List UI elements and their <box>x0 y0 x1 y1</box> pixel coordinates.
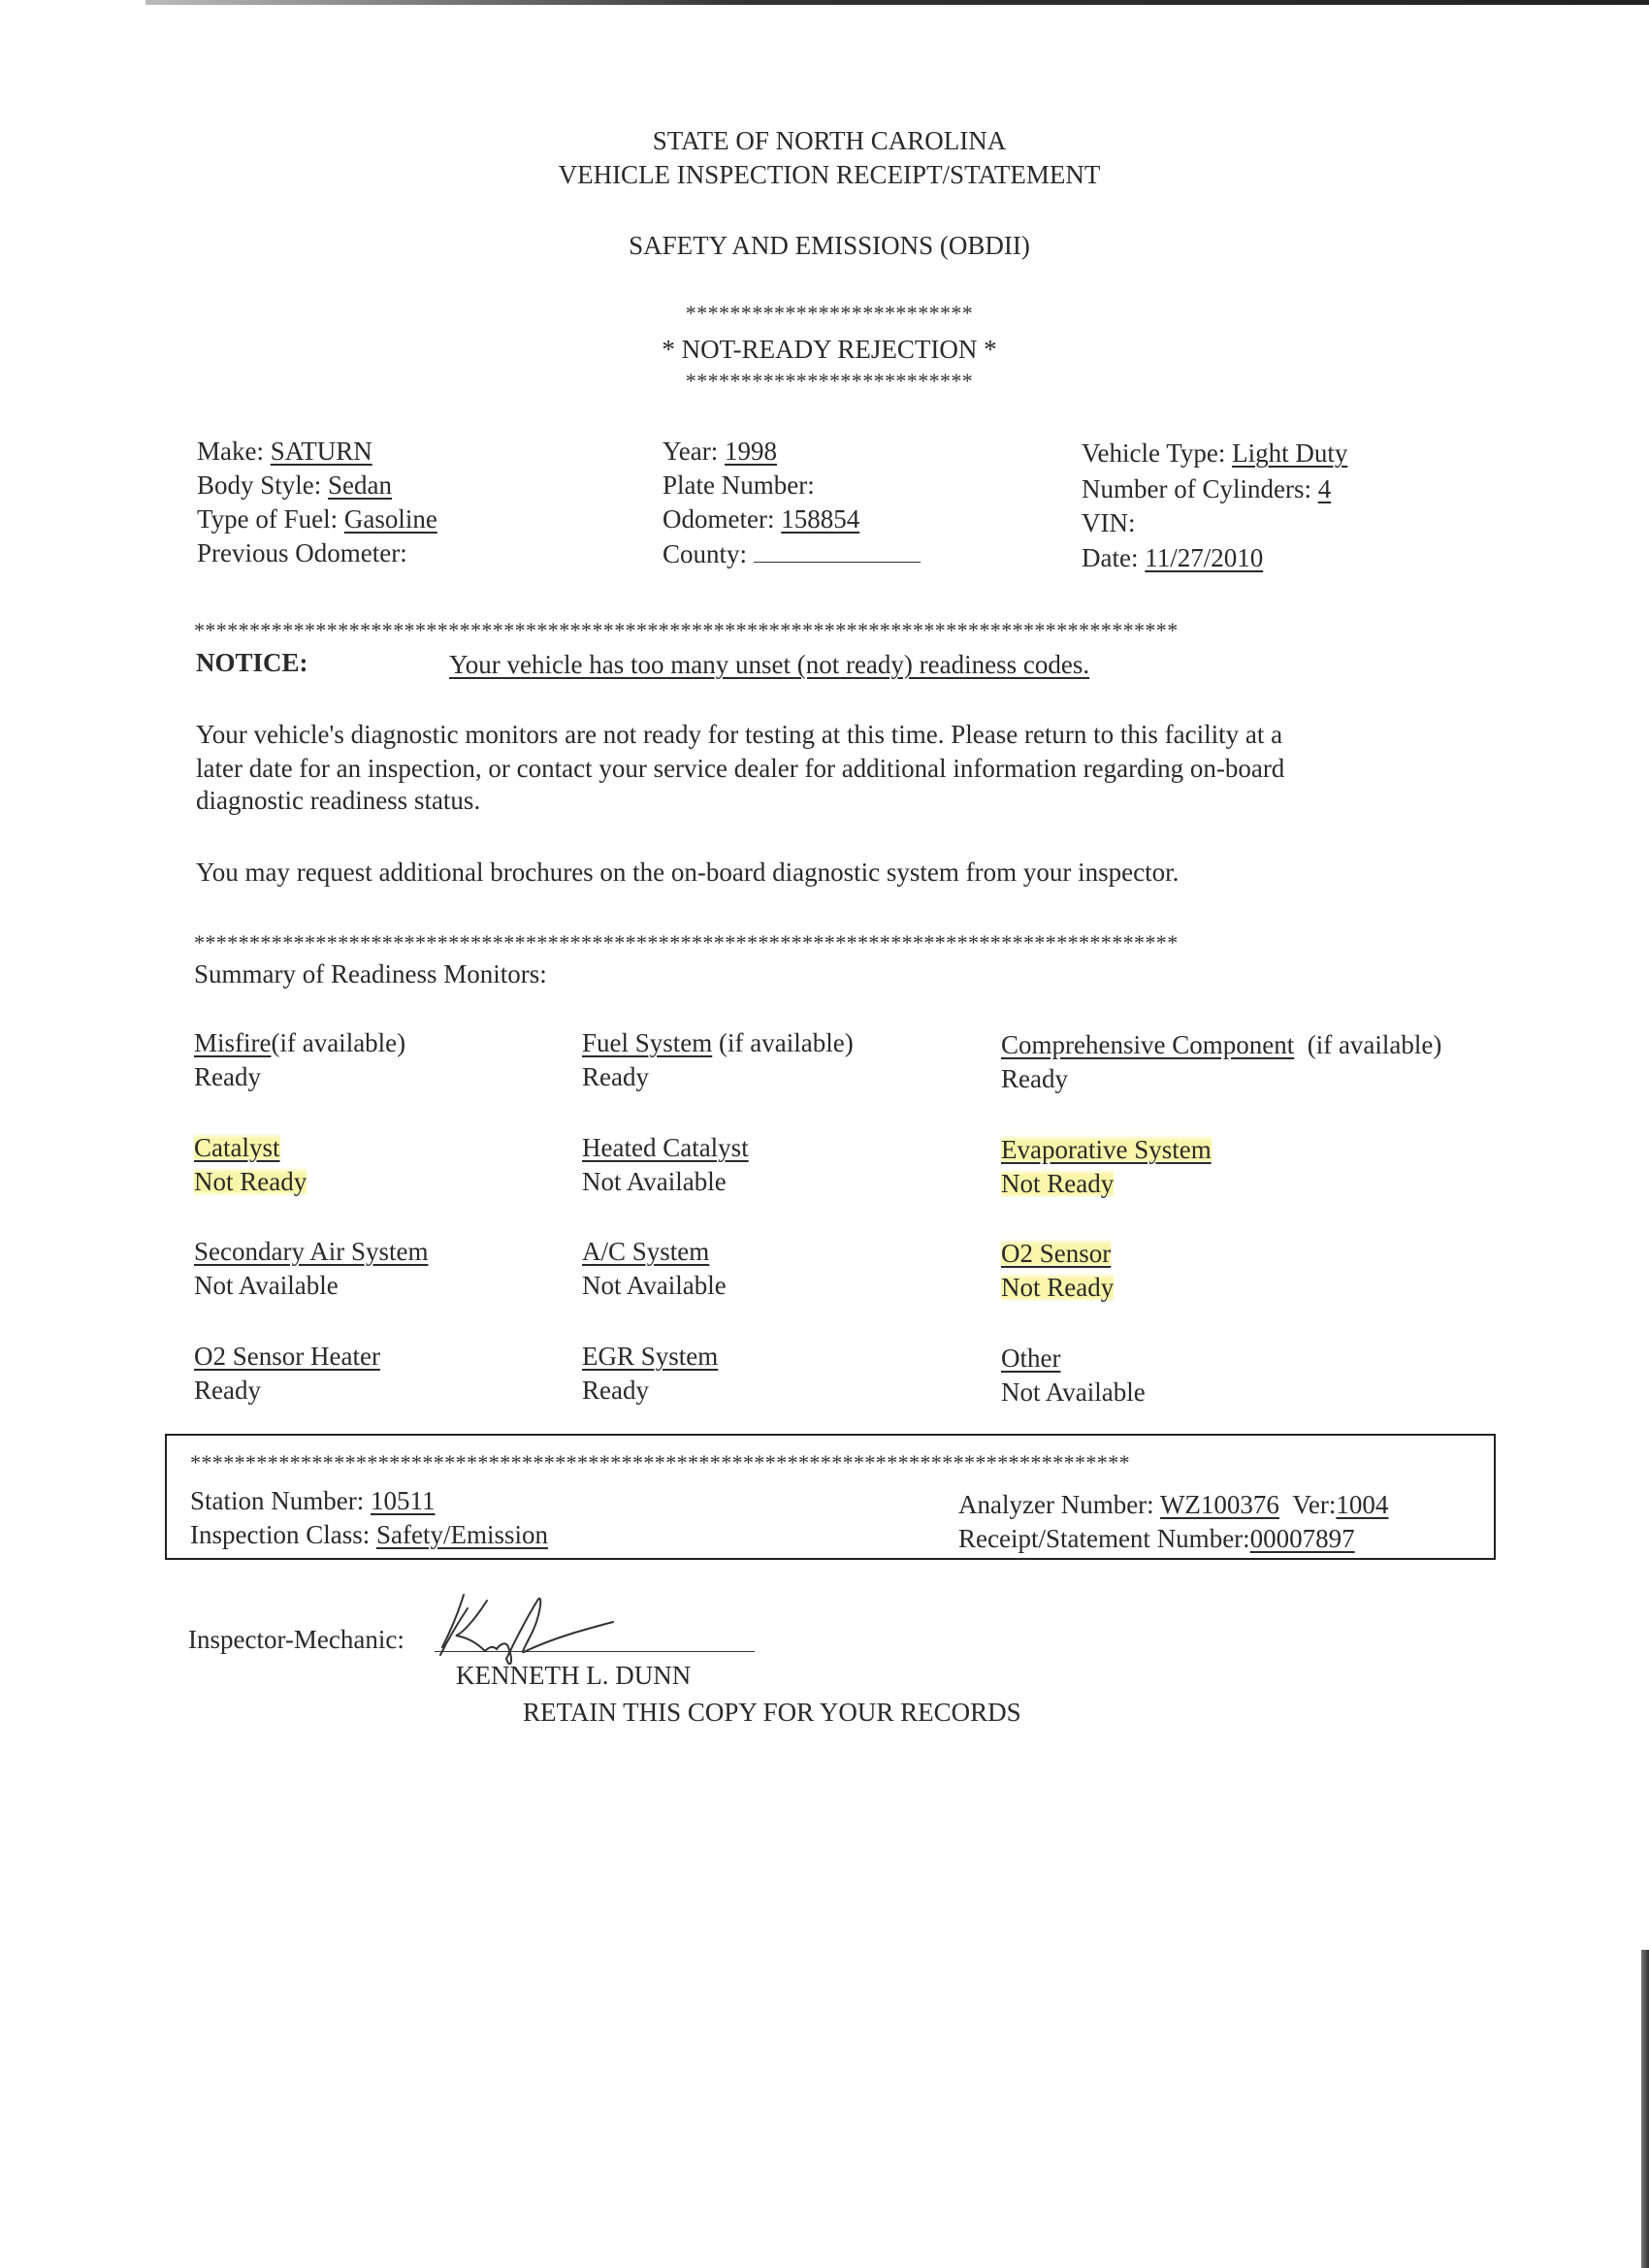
field-analyzer-number: Analyzer Number: WZ100376 Ver:1004 <box>958 1488 1388 1522</box>
monitor-name: O2 Sensor <box>1001 1239 1111 1268</box>
monitor-name-row: EGR System <box>582 1340 718 1374</box>
monitor-name-row: Secondary Air System <box>194 1235 428 1269</box>
monitor-status-row: Ready <box>194 1060 405 1094</box>
monitor-status-row: Not Ready <box>194 1165 307 1199</box>
field-receipt-number: Receipt/Statement Number:00007897 <box>958 1522 1355 1556</box>
monitor-status-row: Not Available <box>1001 1376 1146 1409</box>
monitor-item: OtherNot Available <box>1001 1342 1146 1409</box>
field-value: Safety/Emission <box>376 1520 548 1549</box>
monitor-status-row: Not Ready <box>1001 1271 1114 1305</box>
monitor-status: Not Ready <box>1001 1273 1114 1302</box>
inspector-name: KENNETH L. DUNN <box>456 1659 691 1693</box>
field-label: Receipt/Statement Number: <box>958 1524 1250 1553</box>
field-vehicle-type: Vehicle Type: Light Duty <box>1082 437 1347 470</box>
monitor-status-row: Not Available <box>582 1269 727 1303</box>
monitor-item: CatalystNot Ready <box>194 1131 307 1199</box>
monitor-name: O2 Sensor Heater <box>194 1342 380 1371</box>
stars-divider: ****************************************… <box>194 925 1179 959</box>
monitor-name-row: Evaporative System <box>1001 1133 1212 1167</box>
field-label: Previous Odometer: <box>197 538 407 567</box>
monitor-status: Not Ready <box>194 1167 307 1196</box>
field-value: SATURN <box>271 437 372 466</box>
field-label: Year: <box>663 437 718 466</box>
monitor-name-row: O2 Sensor Heater <box>194 1340 380 1374</box>
field-label: Date: <box>1082 543 1138 572</box>
field-value: 1004 <box>1336 1490 1388 1519</box>
monitor-item: Misfire(if available)Ready <box>194 1026 405 1094</box>
field-cylinders: Number of Cylinders: 4 <box>1082 472 1331 506</box>
monitor-name: Catalyst <box>194 1133 280 1162</box>
field-value: 4 <box>1318 474 1332 503</box>
monitor-status: Not Ready <box>1001 1169 1114 1198</box>
monitor-name: Misfire <box>194 1028 271 1057</box>
notice-paragraph-line: later date for an inspection, or contact… <box>196 752 1284 786</box>
monitor-status: Not Available <box>582 1167 727 1196</box>
field-year: Year: 1998 <box>663 435 777 469</box>
monitor-status: Ready <box>582 1376 649 1405</box>
field-label: Ver: <box>1292 1490 1336 1519</box>
county-blank <box>754 536 921 563</box>
monitor-status-row: Not Ready <box>1001 1167 1212 1201</box>
field-label: Type of Fuel: <box>197 504 338 534</box>
monitor-item: Secondary Air SystemNot Available <box>194 1235 428 1303</box>
monitor-item: O2 SensorNot Ready <box>1001 1237 1114 1305</box>
field-fuel: Type of Fuel: Gasoline <box>197 502 437 536</box>
monitor-note: (if available) <box>712 1028 853 1057</box>
monitor-status-row: Ready <box>582 1374 718 1408</box>
monitor-item: Comprehensive Component (if available)Re… <box>1001 1028 1441 1096</box>
retain-notice: RETAIN THIS COPY FOR YOUR RECORDS <box>523 1696 1021 1730</box>
notice-paragraph-line: Your vehicle's diagnostic monitors are n… <box>196 718 1282 752</box>
field-value: Gasoline <box>344 504 437 534</box>
stars-divider: ****************************************… <box>194 613 1179 647</box>
monitor-status-row: Not Available <box>582 1165 749 1199</box>
monitor-name-row: A/C System <box>582 1235 727 1269</box>
scan-edge-right <box>1641 1950 1649 2268</box>
monitor-status: Not Available <box>194 1271 339 1300</box>
field-label: Number of Cylinders: <box>1082 474 1311 503</box>
field-value: Sedan <box>328 470 392 500</box>
field-value: Light Duty <box>1232 438 1347 468</box>
brochure-text: You may request additional brochures on … <box>196 856 1179 890</box>
field-label: Odometer: <box>663 504 774 534</box>
notice-paragraph-line: diagnostic readiness status. <box>196 784 480 818</box>
field-vin: VIN: <box>1082 506 1136 540</box>
header-state: STATE OF NORTH CAROLINA <box>0 124 1649 158</box>
monitor-name-row: Other <box>1001 1342 1146 1376</box>
field-value: 10511 <box>371 1486 436 1515</box>
field-value: WZ100376 <box>1160 1490 1279 1519</box>
scan-edge-top <box>145 0 1649 5</box>
monitor-status-row: Ready <box>582 1060 854 1094</box>
monitor-name: Other <box>1001 1344 1060 1373</box>
monitor-status: Ready <box>194 1376 261 1405</box>
field-label: Inspection Class: <box>190 1520 370 1549</box>
monitor-note: (if available) <box>271 1028 405 1057</box>
monitor-name: Comprehensive Component <box>1001 1030 1294 1059</box>
field-value: 11/27/2010 <box>1145 543 1263 572</box>
monitor-status: Not Available <box>582 1271 727 1300</box>
notice-text: Your vehicle has too many unset (not rea… <box>449 648 1089 682</box>
monitor-name-row: Misfire(if available) <box>194 1026 405 1060</box>
monitor-name-row: Fuel System (if available) <box>582 1026 854 1060</box>
header-subtitle: SAFETY AND EMISSIONS (OBDII) <box>0 229 1649 263</box>
field-label: Analyzer Number: <box>958 1490 1154 1519</box>
field-value: 00007897 <box>1250 1524 1355 1553</box>
field-label: Plate Number: <box>663 470 815 500</box>
field-label: Body Style: <box>197 470 321 500</box>
monitor-name: Fuel System <box>582 1028 712 1057</box>
field-body-style: Body Style: Sedan <box>197 469 392 502</box>
field-previous-odometer: Previous Odometer: <box>197 536 407 570</box>
field-date: Date: 11/27/2010 <box>1082 541 1263 575</box>
field-odometer: Odometer: 158854 <box>663 502 859 536</box>
header-title: VEHICLE INSPECTION RECEIPT/STATEMENT <box>0 158 1649 192</box>
monitor-status: Ready <box>582 1062 649 1091</box>
field-label: VIN: <box>1082 508 1136 537</box>
monitor-status-row: Ready <box>1001 1062 1441 1096</box>
stars-divider: ****************************************… <box>190 1445 1130 1479</box>
monitor-note: (if available) <box>1294 1030 1441 1059</box>
monitor-name-row: Comprehensive Component (if available) <box>1001 1028 1441 1062</box>
field-value: 1998 <box>725 437 777 466</box>
field-label: County: <box>663 539 747 568</box>
rejection-status: * NOT-READY REJECTION * <box>0 333 1649 367</box>
monitor-item: A/C SystemNot Available <box>582 1235 727 1303</box>
monitor-name: Evaporative System <box>1001 1135 1212 1164</box>
monitor-status-row: Not Available <box>194 1269 428 1303</box>
monitor-status: Not Available <box>1001 1377 1146 1407</box>
monitor-name: Secondary Air System <box>194 1237 428 1266</box>
monitor-item: Evaporative SystemNot Ready <box>1001 1133 1212 1201</box>
monitor-name-row: O2 Sensor <box>1001 1237 1114 1271</box>
monitors-title: Summary of Readiness Monitors: <box>194 957 547 991</box>
monitor-status: Ready <box>194 1062 261 1091</box>
field-value: 158854 <box>781 504 859 534</box>
field-county: County: <box>663 536 921 571</box>
field-label: Vehicle Type: <box>1082 438 1225 468</box>
stars-divider: ************************** <box>0 364 1649 398</box>
stars-divider: ************************** <box>0 296 1649 330</box>
inspector-label: Inspector-Mechanic: <box>188 1623 404 1657</box>
notice-label: NOTICE: <box>196 646 308 680</box>
monitor-item: Heated CatalystNot Available <box>582 1131 749 1199</box>
monitor-name: A/C System <box>582 1237 709 1266</box>
monitor-item: O2 Sensor HeaterReady <box>194 1340 380 1408</box>
monitor-name: EGR System <box>582 1342 718 1371</box>
monitor-name: Heated Catalyst <box>582 1133 749 1162</box>
field-make: Make: SATURN <box>197 435 372 469</box>
field-label: Station Number: <box>190 1486 364 1515</box>
signature-icon <box>429 1587 720 1665</box>
field-inspection-class: Inspection Class: Safety/Emission <box>190 1518 548 1552</box>
monitor-name-row: Heated Catalyst <box>582 1131 749 1165</box>
monitor-status: Ready <box>1001 1064 1068 1093</box>
field-label: Make: <box>197 437 264 466</box>
monitor-item: EGR SystemReady <box>582 1340 718 1408</box>
monitor-status-row: Ready <box>194 1374 380 1408</box>
field-station-number: Station Number: 10511 <box>190 1484 435 1518</box>
monitor-item: Fuel System (if available)Ready <box>582 1026 854 1094</box>
field-plate: Plate Number: <box>663 469 815 502</box>
monitor-name-row: Catalyst <box>194 1131 307 1165</box>
